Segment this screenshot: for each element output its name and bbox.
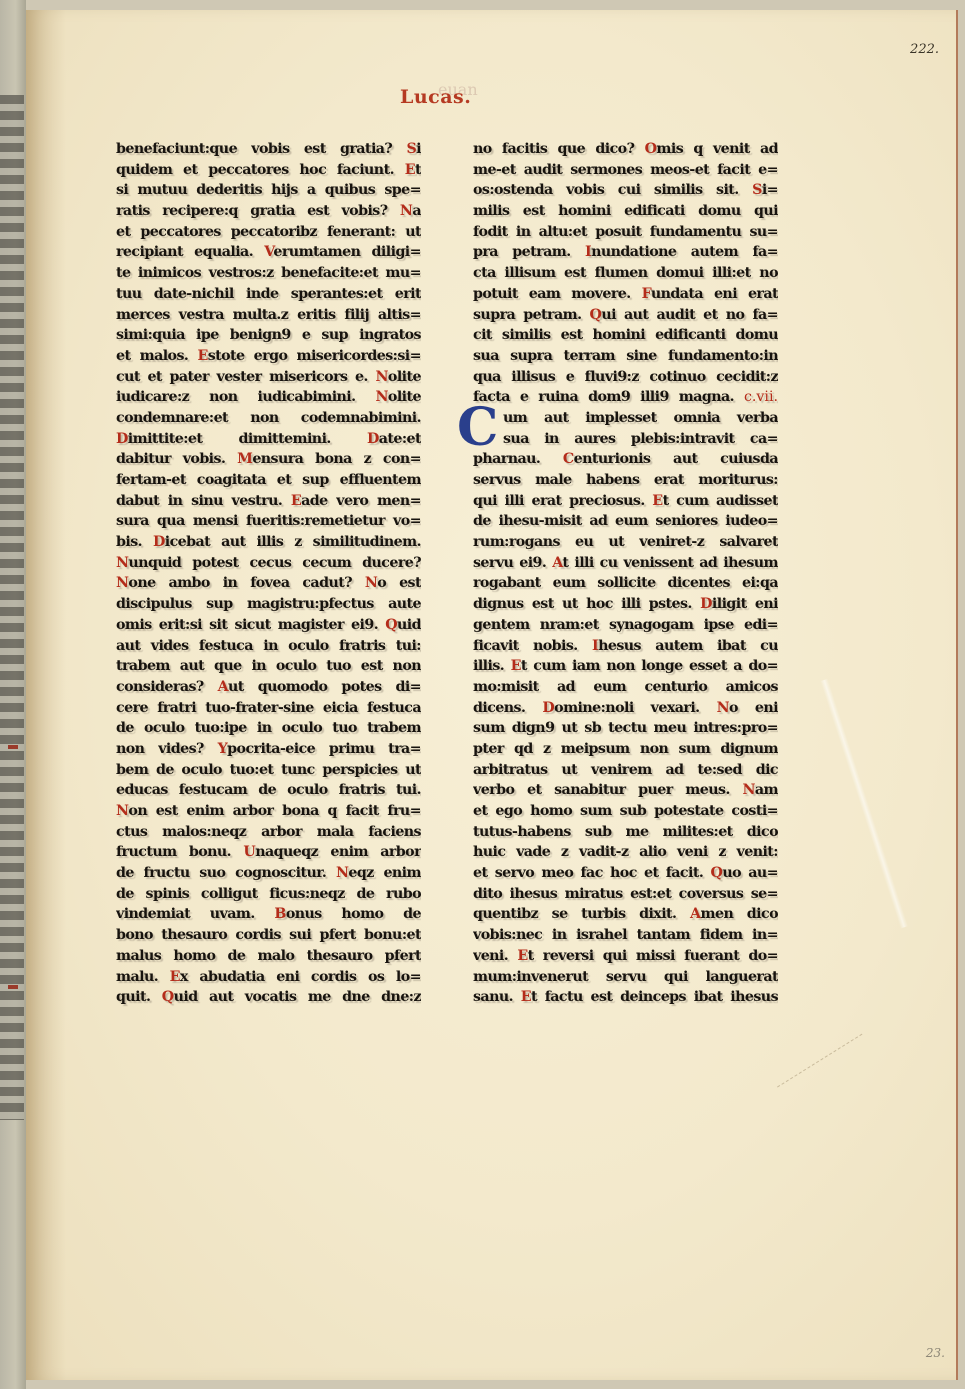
text-column-right: no facitis que dico? Omis q venit adme-e…: [473, 139, 778, 1008]
text-line: bis. Dicebat aut illis z similitudinem.: [116, 532, 421, 553]
text-line: de spinis colligut ficus:neqz de rubo: [116, 884, 421, 905]
text-line: rogabant eum sollicite dicentes ei:qa: [473, 573, 778, 594]
text-line: Dimittite:et dimittemini. Date:et: [116, 429, 421, 450]
text-line: sua in aures plebis:intravit ca=: [473, 429, 778, 450]
text-line: recipiant equalia. Verumtamen diligi=: [116, 242, 421, 263]
text-line: benefaciunt:que vobis est gratia? Si: [116, 139, 421, 160]
text-line: tuu date-nichil inde sperantes:et erit: [116, 284, 421, 305]
text-line: merces vestra multa.z eritis filij altis…: [116, 305, 421, 326]
text-line: Non est enim arbor bona q facit fru=: [116, 801, 421, 822]
text-line: iudicare:z non iudicabimini. Nolite: [116, 387, 421, 408]
text-line: potuit eam movere. Fundata eni erat: [473, 284, 778, 305]
adjacent-page-rubric-mark: [8, 745, 18, 749]
text-line: sanu. Et factu est deinceps ibat ihesus: [473, 987, 778, 1008]
text-line: pharnau. Centurionis aut cuiusda: [473, 449, 778, 470]
text-line: consideras? Aut quomodo potes di=: [116, 677, 421, 698]
gutter-shadow: [26, 10, 66, 1380]
text-line: sum dign9 ut sb tectu meu intres:pro=: [473, 718, 778, 739]
adjacent-page-edge: [0, 0, 26, 1389]
text-line: huic vade z vadit-z alio veni z venit:: [473, 842, 778, 863]
text-line: cta illisum est flumen domui illi:et no: [473, 263, 778, 284]
text-line: milis est homini edificati domu qui: [473, 201, 778, 222]
text-line: gentem nram:et synagogam ipse edi=: [473, 615, 778, 636]
text-line: no facitis que dico? Omis q venit ad: [473, 139, 778, 160]
text-line: arbitratus ut venirem ad te:sed dic: [473, 760, 778, 781]
text-line: pter qd z meipsum non sum dignum: [473, 739, 778, 760]
chapter-line-text: facta e ruina dom9 illi9 magna.: [473, 389, 734, 405]
text-line: qua illisus e fluvi9:z cotinuo cecidit:z: [473, 367, 778, 388]
running-head: Lucas.: [400, 86, 471, 108]
adjacent-page-text-block: [0, 95, 24, 1120]
text-line: dabut in sinu vestru. Eade vero men=: [116, 491, 421, 512]
chapter-marker: c.vii.: [744, 389, 778, 405]
text-line: omis erit:si sit sicut magister ei9. Qui…: [116, 615, 421, 636]
text-line: si mutuu dederitis hijs a quibus spe=: [116, 180, 421, 201]
text-line: pra petram. Inundatione autem fa=: [473, 242, 778, 263]
text-line: bem de oculo tuo:et tunc perspicies ut: [116, 760, 421, 781]
text-line: cit similis est homini edificanti domu: [473, 325, 778, 346]
text-line: mum:invenerut servu qui languerat: [473, 967, 778, 988]
text-line: quentibz se turbis dixit. Amen dico: [473, 904, 778, 925]
text-line: aut vides festuca in oculo fratris tui:: [116, 636, 421, 657]
adjacent-page-rubric-mark: [8, 985, 18, 989]
text-line: mo:misit ad eum centurio amicos: [473, 677, 778, 698]
text-line: non vides? Ypocrita-eice primu tra=: [116, 739, 421, 760]
text-line: bono thesauro cordis sui pfert bonu:et: [116, 925, 421, 946]
text-line: um aut implesset omnia verba: [473, 408, 778, 429]
text-line: Nunquid potest cecus cecum ducere?: [116, 553, 421, 574]
text-line: malus homo de malo thesauro pfert: [116, 946, 421, 967]
text-line: simi:quia ipe benign9 e sup ingratos: [116, 325, 421, 346]
text-line: os:ostenda vobis cui similis sit. Si=: [473, 180, 778, 201]
text-line: de ihesu-misit ad eum seniores iudeo=: [473, 511, 778, 532]
text-line: et servo meo fac hoc et facit. Quo au=: [473, 863, 778, 884]
text-line: verbo et sanabitur puer meus. Nam: [473, 780, 778, 801]
text-line: discipulus sup magistru:pfectus aute: [116, 594, 421, 615]
text-line: trabem aut que in oculo tuo est non: [116, 656, 421, 677]
text-line: ratis recipere:q gratia est vobis? Na: [116, 201, 421, 222]
text-line: tutus-habens sub me milites:et dico: [473, 822, 778, 843]
text-line: ctus malos:neqz arbor mala faciens: [116, 822, 421, 843]
sheet-number: 23.: [926, 1346, 945, 1360]
text-line: servu ei9. At illi cu venissent ad ihesu…: [473, 553, 778, 574]
text-line: None ambo in fovea cadut? No est: [116, 573, 421, 594]
text-line: dicens. Domine:noli vexari. No eni: [473, 698, 778, 719]
text-line: cere fratri tuo-frater-sine eicia festuc…: [116, 698, 421, 719]
text-line: illis. Et cum iam non longe esset a do=: [473, 656, 778, 677]
text-line: fodit in altu:et posuit fundamentu su=: [473, 222, 778, 243]
text-line: de fructu suo cognoscitur. Neqz enim: [116, 863, 421, 884]
text-line: quidem et peccatores hoc faciunt. Et: [116, 160, 421, 181]
text-line: servus male habens erat moriturus:: [473, 470, 778, 491]
text-line: veni. Et reversi qui missi fuerant do=: [473, 946, 778, 967]
text-line: et ego homo sum sub potestate costi=: [473, 801, 778, 822]
text-line: dito ihesus miratus est:et coversus se=: [473, 884, 778, 905]
text-line: et malos. Estote ergo misericordes:si=: [116, 346, 421, 367]
text-line: supra petram. Qui aut audit et no fa=: [473, 305, 778, 326]
chapter-line: facta e ruina dom9 illi9 magna. c.vii.: [473, 387, 778, 408]
text-line: fertam-et coagitata et sup effluentem: [116, 470, 421, 491]
text-line: educas festucam de oculo fratris tui.: [116, 780, 421, 801]
text-line: quit. Quid aut vocatis me dne dne:z: [116, 987, 421, 1008]
text-line: vindemiat uvam. Bonus homo de: [116, 904, 421, 925]
text-line: sua supra terram sine fundamento:in: [473, 346, 778, 367]
folio-number: 222.: [910, 42, 939, 57]
text-line: dabitur vobis. Mensura bona z con=: [116, 449, 421, 470]
text-line: rum:rogans eu ut veniret-z salvaret: [473, 532, 778, 553]
text-line: de oculo tuo:ipe in oculo tuo trabem: [116, 718, 421, 739]
decorated-initial: C: [457, 402, 498, 454]
text-line: cut et pater vester misericors e. Nolite: [116, 367, 421, 388]
text-line: fructum bonu. Unaqueqz enim arbor: [116, 842, 421, 863]
text-line: condemnare:et non codemnabimini.: [116, 408, 421, 429]
text-line: vobis:nec in israhel tantam fidem in=: [473, 925, 778, 946]
text-line: et peccatores peccatoribz fenerant: ut: [116, 222, 421, 243]
text-column-left: benefaciunt:que vobis est gratia? Siquid…: [116, 139, 421, 1008]
text-line: malu. Ex abudatia eni cordis os lo=: [116, 967, 421, 988]
text-line: te inimicos vestros:z benefacite:et mu=: [116, 263, 421, 284]
text-line: sura qua mensi fueritis:remetietur vo=: [116, 511, 421, 532]
text-line: me-et audit sermones meos-et facit e=: [473, 160, 778, 181]
text-line: dignus est ut hoc illi pstes. Diligit en…: [473, 594, 778, 615]
text-line: ficavit nobis. Ihesus autem ibat cu: [473, 636, 778, 657]
text-line: qui illi erat preciosus. Et cum audisset: [473, 491, 778, 512]
